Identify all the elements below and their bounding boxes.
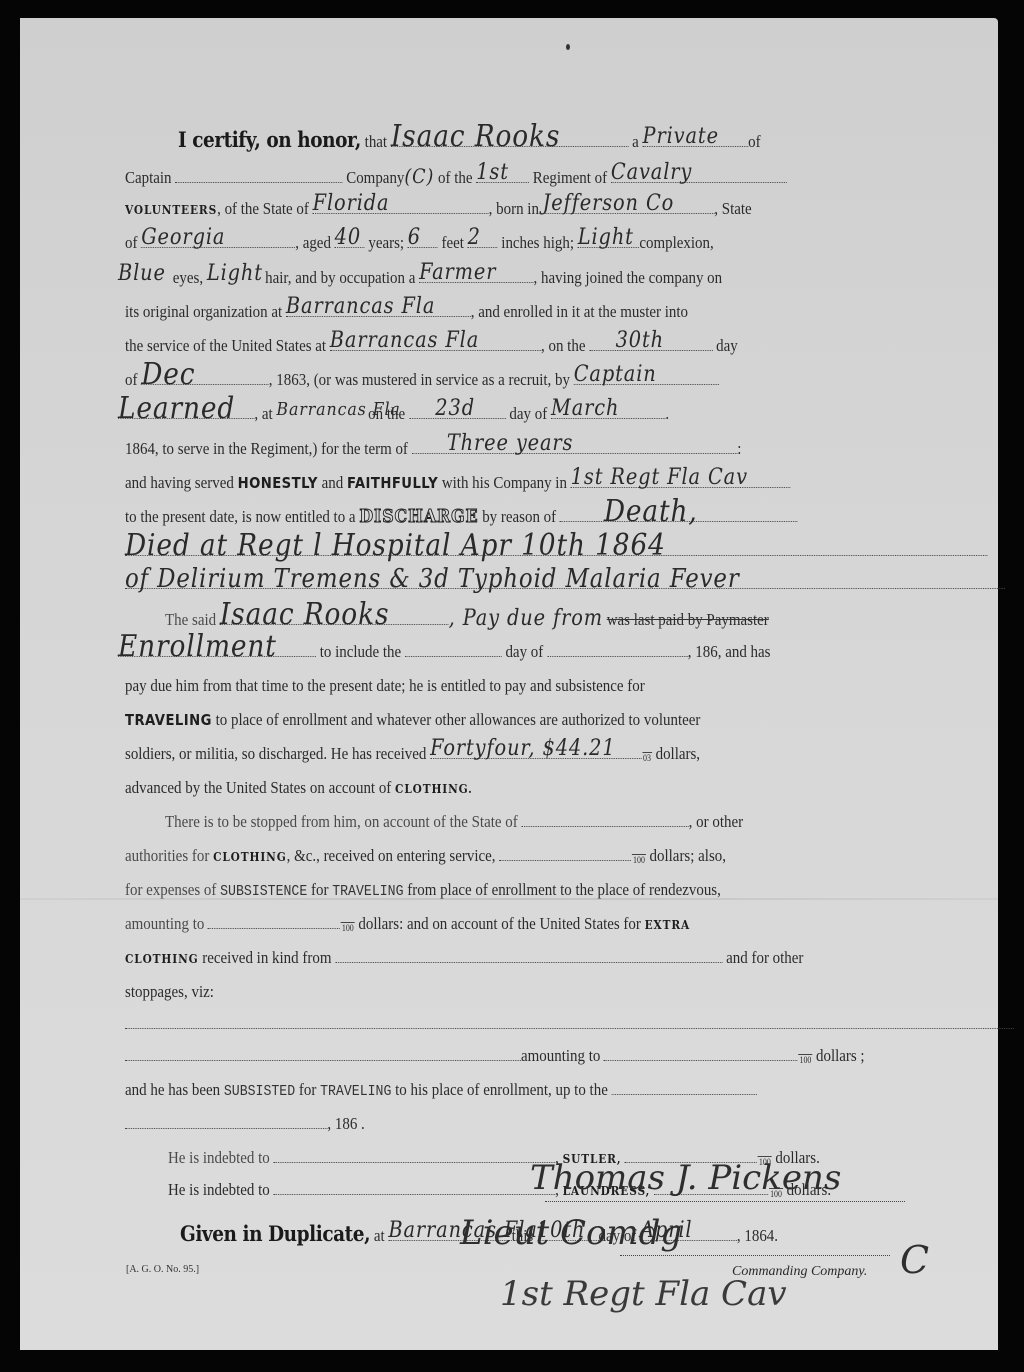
label-aged: , aged	[295, 233, 331, 252]
label-at: at	[374, 1226, 385, 1245]
recruit-month: March	[551, 398, 619, 420]
birth-state-value: Georgia	[141, 227, 225, 249]
label-stopped: There is to be stopped from him, on acco…	[165, 812, 518, 831]
recruit-line: Learned, at Barrancas Fla on the 23d day…	[118, 404, 669, 424]
label-term: , to serve in the Regiment,) for the ter…	[155, 439, 408, 458]
label-enrolled: , and enrolled in it at the muster into	[471, 302, 688, 321]
unit-value: 1st Regt Fla Cav	[571, 467, 748, 489]
cause-line: of Delirium Tremens & 3d Typhoid Malaria…	[125, 574, 1005, 594]
pay-due-note: , Pay due from	[449, 606, 603, 631]
recruit-place: Barrancas Fla	[276, 399, 400, 421]
stoppages-amount-line: amounting to 100 dollars ;	[125, 1046, 865, 1070]
muster-place-field: Barrancas Fla	[330, 336, 541, 351]
given-year: , 1864.	[737, 1226, 778, 1245]
eyes-value: Blue	[118, 263, 166, 285]
muster-month-field: Dec	[141, 370, 269, 385]
label-day-of: day of	[509, 404, 547, 423]
label-company: Company	[346, 168, 404, 187]
label-stoppages: stoppages, viz:	[125, 982, 214, 1001]
recruit-place-field: Barrancas Fla	[276, 405, 364, 419]
label-extra: EXTRA	[645, 918, 690, 932]
said-name-field: Isaac Rooks	[220, 610, 449, 625]
cause-of-death: of Delirium Tremens & 3d Typhoid Malaria…	[125, 568, 740, 590]
label-of: of	[125, 233, 137, 252]
struck-paymaster-text: was last paid by Paymaster	[607, 610, 769, 629]
include-day-field	[405, 642, 502, 657]
regiment-number: 1st	[476, 162, 509, 184]
term-field: Three years	[412, 439, 738, 454]
feet-field: 6	[408, 233, 438, 248]
kind-from-field	[335, 948, 722, 963]
label-complexion: complexion,	[639, 233, 713, 252]
death-details: Died at Regt l Hospital Apr 10th 1864	[125, 535, 666, 557]
cause-field: of Delirium Tremens & 3d Typhoid Malaria…	[125, 574, 1005, 589]
label-and: and	[322, 473, 344, 492]
label-kind-from: received in kind from	[202, 948, 331, 967]
rank: Private	[643, 126, 719, 148]
label-honestly: HONESTLY	[238, 474, 318, 492]
muster-place: Barrancas Fla	[330, 330, 479, 352]
label-subsisted-lead: and he has been	[125, 1080, 220, 1099]
recruiter-title-field: Captain	[574, 370, 719, 385]
amounting-line: amounting to 100 dollars: and on account…	[125, 914, 690, 938]
feet-value: 6	[408, 227, 421, 249]
label-regiment-of: Regiment of	[533, 168, 607, 187]
soldier-name-field: Isaac Rooks	[391, 132, 629, 147]
label-on-the: , on the	[541, 336, 585, 355]
complexion-value: Light	[578, 227, 634, 249]
extra-clothing-line: CLOTHING received in kind from and for o…	[125, 948, 803, 969]
laundress-name-field	[274, 1180, 556, 1195]
paper-speck	[566, 44, 570, 50]
fraction-denominator: 100	[799, 1054, 813, 1065]
label-for: for	[311, 880, 328, 899]
label-faithfully: FAITHFULLY	[347, 474, 438, 492]
description-line: of Georgia, aged 40 years; 6 feet 2 inch…	[125, 233, 714, 253]
officer-signature: Thomas J. Pickens	[530, 1158, 841, 1198]
form-identifier: [A. G. O. No. 95.]	[126, 1264, 199, 1275]
organization-place: Barrancas Fla	[286, 296, 435, 318]
term-line: 1864, to serve in the Regiment,) for the…	[125, 439, 741, 459]
soldier-name: Isaac Rooks	[391, 126, 561, 148]
label-authorities: authorities for	[125, 846, 209, 865]
occupation-field: Farmer	[419, 268, 533, 283]
label-that: that	[365, 132, 387, 151]
subsisted-day-field	[612, 1080, 757, 1095]
label-of: of	[125, 370, 137, 389]
enlist-year: 1864	[125, 439, 155, 458]
stoppages-blank-line	[125, 1014, 1014, 1034]
label-traveling: TRAVELING	[320, 1083, 391, 1100]
entering-service-amount-field	[499, 846, 631, 861]
label-a: a	[632, 132, 639, 151]
eyes-hair-line: Blue eyes, Light hair, and by occupation…	[118, 268, 722, 288]
label-eyes: eyes,	[173, 268, 203, 287]
recruit-day-field: 23d	[409, 404, 506, 419]
label-joined: , having joined the company on	[533, 268, 722, 287]
label-entitled: to the present date, is now entitled to …	[125, 507, 356, 526]
rank-field: Private	[643, 132, 749, 147]
regiment-number-field: 1st	[476, 168, 529, 183]
include-month-field	[547, 642, 688, 657]
label-service: the service of the United States at	[125, 336, 326, 355]
advanced-line: advanced by the United States on account…	[125, 778, 473, 799]
complexion-field: Light	[578, 233, 640, 248]
label-recruit: , (or was mustered in service as a recru…	[306, 370, 570, 389]
stopped-state-field	[521, 812, 688, 827]
given-in-duplicate-heading: Given in Duplicate,	[180, 1221, 370, 1246]
muster-month: Dec	[141, 364, 195, 386]
label-the-said: The said	[165, 610, 216, 629]
label-year: , 186	[688, 642, 718, 661]
subsistence-amount-field	[208, 914, 340, 929]
label-and-has: , and has	[718, 642, 771, 661]
age-field: 40	[335, 233, 365, 248]
label-clothing: CLOTHING	[213, 850, 287, 864]
authorities-line: authorities for CLOTHING, &c., received …	[125, 846, 726, 870]
hair-field: Light	[207, 269, 262, 283]
label-dollars: dollars,	[656, 744, 700, 763]
stoppages-line: stoppages, viz:	[125, 982, 214, 1002]
reason-field: Death,	[560, 507, 798, 522]
state-value: Florida	[313, 193, 390, 215]
received-line: soldiers, or militia, so discharged. He …	[125, 744, 700, 768]
age-value: 40	[335, 227, 361, 249]
muster-day: 30th	[616, 330, 664, 352]
label-state-of: , of the State of	[217, 199, 309, 218]
unit-signature: 1st Regt Fla Cav	[500, 1274, 787, 1314]
subsisted-date-line: , 186 .	[125, 1114, 365, 1134]
regiment-type-field: Cavalry	[611, 168, 787, 183]
pay-from-value: Enrollment	[118, 636, 277, 658]
birth-state-field: Georgia	[141, 233, 295, 248]
label-received: soldiers, or militia, so discharged. He …	[125, 744, 426, 763]
label-expenses: for expenses of	[125, 880, 216, 899]
label-advanced: advanced by the United States on account…	[125, 778, 391, 797]
label-include: to include the	[320, 642, 401, 661]
state-line: VOLUNTEERS, of the State of Florida, bor…	[125, 199, 752, 220]
pay-from-field: Enrollment	[118, 642, 316, 657]
label-rendezvous: from place of enrollment to the place of…	[407, 880, 721, 899]
label-year: , 186	[327, 1114, 357, 1133]
stoppages-detail-field	[125, 1046, 521, 1061]
label-traveling: TRAVELING	[125, 711, 212, 729]
label-subsistence: SUBSISTENCE	[220, 883, 307, 900]
label-served: and having served	[125, 473, 234, 492]
label-day-of: day of	[505, 642, 543, 661]
muster-year: , 1863	[269, 370, 306, 389]
label-occupation: hair, and by occupation a	[265, 268, 415, 287]
amount-figure: $44.21	[543, 736, 616, 761]
label-amounting: amounting to	[125, 914, 204, 933]
label-years: years;	[368, 233, 404, 252]
eyes-field: Blue	[118, 269, 169, 283]
recruiter-title: Captain	[574, 364, 657, 386]
stoppages-field	[125, 1014, 1014, 1029]
discharge-reason: Death,	[604, 501, 698, 523]
label-at: , at	[254, 404, 272, 423]
certify-line: I certify, on honor, that Isaac Rooks a …	[178, 130, 761, 152]
birthplace-value: Jefferson Co	[543, 193, 675, 215]
hair-value: Light	[207, 263, 263, 285]
subsisted-line: and he has been SUBSISTED for TRAVELING …	[125, 1080, 757, 1102]
label-up-to: to his place of enrollment, up to the	[395, 1080, 608, 1099]
subsisted-month-field	[125, 1114, 327, 1129]
label-clothing: CLOTHING	[125, 952, 199, 966]
label-volunteers: VOLUNTEERS	[125, 203, 217, 217]
label-inches-high: inches high;	[501, 233, 574, 252]
label-indebted: He is indebted to	[168, 1148, 270, 1167]
organization-place-field: Barrancas Fla	[286, 302, 471, 317]
cents-fraction: 03	[642, 752, 652, 763]
death-details-line: Died at Regt l Hospital Apr 10th 1864	[125, 541, 987, 561]
label-day: day	[716, 336, 738, 355]
muster-date-line: of Dec, 1863, (or was mustered in servic…	[125, 370, 719, 390]
pay-due-text: pay due him from that time to the presen…	[125, 676, 645, 695]
label-subsisted: SUBSISTED	[224, 1083, 295, 1100]
enrollment-line: Enrollment to include the day of , 186, …	[118, 642, 770, 662]
label-organization: its original organization at	[125, 302, 282, 321]
officer-title: Lieut Comdg	[460, 1213, 682, 1253]
company-line: Captain Company(C) of the 1st Regiment o…	[125, 165, 787, 188]
service-line: the service of the United States at Barr…	[125, 336, 738, 356]
label-amounting: amounting to	[521, 1046, 600, 1065]
sutler-name-field	[274, 1148, 556, 1163]
label-company-in: with his Company in	[442, 473, 567, 492]
label-discharge: DISCHARGE	[359, 506, 478, 527]
label-other: and for other	[726, 948, 803, 967]
clothing-amount: Fortyfour, $44.21	[430, 738, 615, 760]
title-line	[620, 1255, 890, 1256]
label-indebted: He is indebted to	[168, 1180, 270, 1199]
company-letter: (C)	[404, 164, 434, 188]
signature-line	[545, 1201, 905, 1202]
label-traveling: TRAVELING	[332, 883, 403, 900]
the-said-line: The said Isaac Rooks, Pay due from was l…	[165, 608, 769, 630]
period: .	[361, 1114, 365, 1133]
regiment-type: Cavalry	[611, 162, 692, 184]
term-value: Three years	[447, 433, 574, 455]
label-entering-service: , &c., received on entering service,	[287, 846, 496, 865]
cents-value: 03	[643, 753, 651, 763]
organization-line: its original organization at Barrancas F…	[125, 302, 688, 322]
label-by-reason: by reason of	[482, 507, 556, 526]
muster-day-field: 30th	[589, 336, 712, 351]
label-of-the: of the	[438, 168, 472, 187]
traveling-line: TRAVELING to place of enrollment and wha…	[125, 710, 700, 730]
fraction-denominator: 100	[341, 922, 355, 933]
amount-words: Fortyfour	[430, 736, 528, 761]
recruiter-name-field: Learned	[118, 404, 254, 419]
recruit-day: 23d	[435, 398, 475, 420]
label-of: of	[748, 132, 760, 151]
unit-field: 1st Regt Fla Cav	[571, 473, 791, 488]
occupation-value: Farmer	[419, 262, 496, 284]
label-feet: feet	[441, 233, 463, 252]
company-letter-signature: C	[900, 1238, 929, 1282]
birthplace-field: Jefferson Co	[543, 199, 715, 214]
said-name: Isaac Rooks	[220, 604, 390, 626]
label-born-in: , born in	[489, 199, 539, 218]
stopped-line: There is to be stopped from him, on acco…	[165, 812, 743, 832]
recruit-month-field: March	[551, 404, 665, 419]
recruiter-name: Learned	[118, 398, 235, 420]
label-clothing: CLOTHING.	[395, 782, 473, 796]
traveling-text: to place of enrollment and whatever othe…	[216, 710, 701, 729]
captain-field	[175, 168, 342, 183]
label-united-states: dollars: and on account of the United St…	[358, 914, 641, 933]
label-dollars-also: dollars; also,	[650, 846, 726, 865]
pay-due-line: pay due him from that time to the presen…	[125, 676, 645, 696]
label-or-other: , or other	[689, 812, 743, 831]
death-details-field: Died at Regt l Hospital Apr 10th 1864	[125, 541, 987, 556]
certify-heading: I certify, on honor,	[178, 127, 361, 152]
inches-value: 2	[468, 227, 481, 249]
state-field: Florida	[313, 199, 489, 214]
discharge-line: to the present date, is now entitled to …	[125, 507, 797, 527]
label-for: for	[299, 1080, 316, 1099]
inches-field: 2	[468, 233, 498, 248]
label-state: , State	[714, 199, 751, 218]
fraction-denominator: 100	[632, 854, 646, 865]
clothing-amount-field: Fortyfour, $44.21	[430, 744, 641, 759]
subsistence-line: for expenses of SUBSISTENCE for TRAVELIN…	[125, 880, 721, 902]
stoppages-amount-field	[604, 1046, 798, 1061]
served-line: and having served HONESTLY and FAITHFULL…	[125, 473, 791, 493]
label-dollars: dollars ;	[816, 1046, 865, 1065]
label-captain: Captain	[125, 168, 172, 187]
discharge-certificate-page: I certify, on honor, that Isaac Rooks a …	[20, 18, 998, 1350]
